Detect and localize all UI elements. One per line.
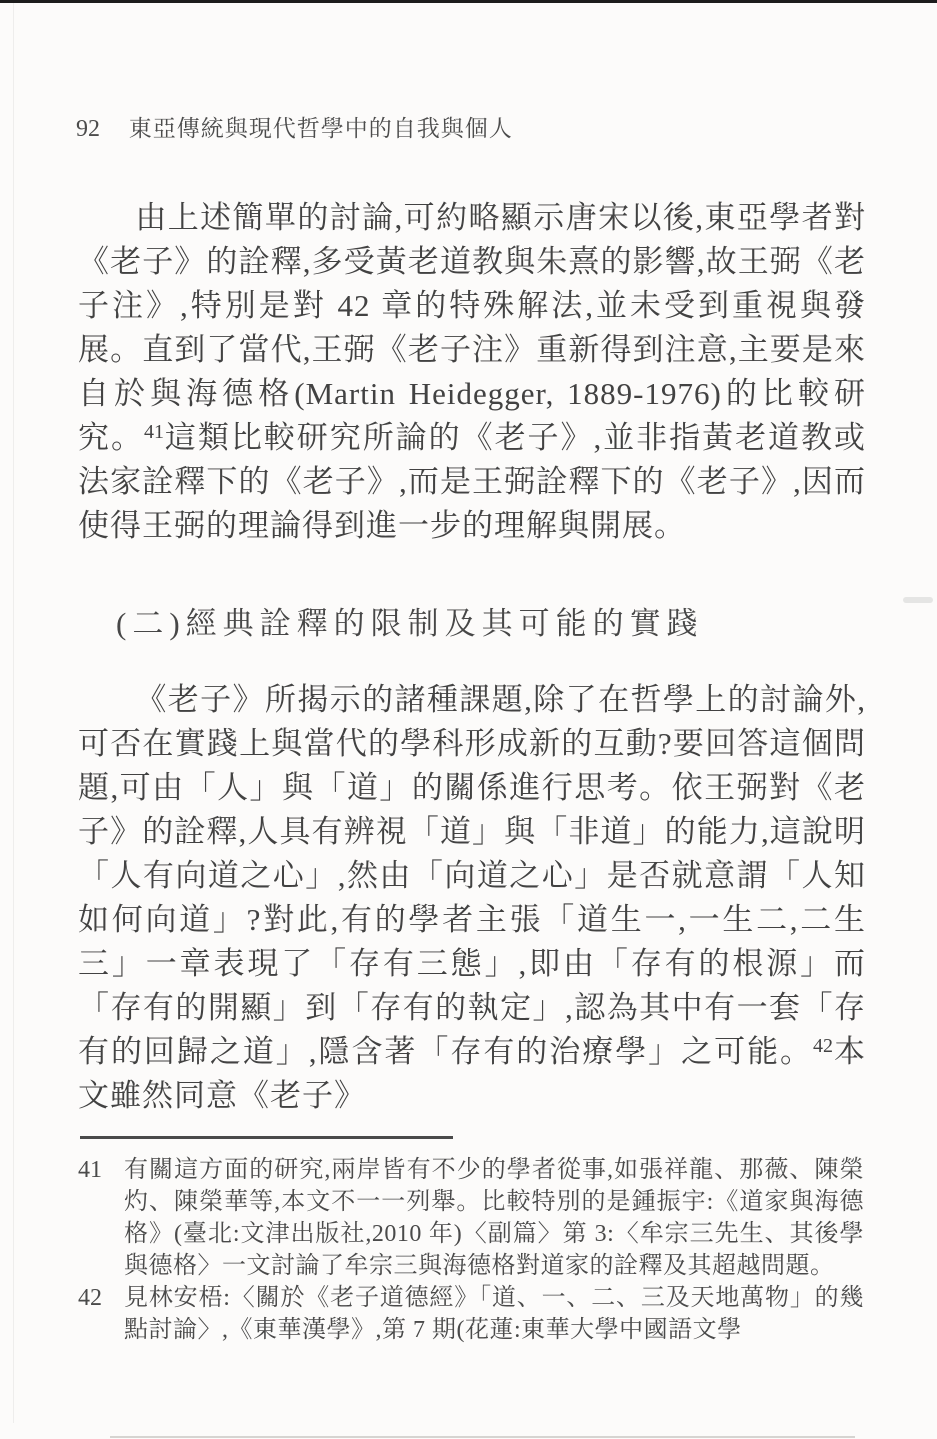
paragraph-2: 《老子》所揭示的諸種課題,除了在哲學上的討論外,可否在實踐上與當代的學科形成新的… bbox=[78, 678, 866, 1118]
paragraph-2-text: 《老子》所揭示的諸種課題,除了在哲學上的討論外,可否在實踐上與當代的學科形成新的… bbox=[78, 682, 866, 1069]
footnote-41-number: 41 bbox=[78, 1154, 124, 1186]
page-number: 92 bbox=[76, 116, 100, 143]
footnote-42-number: 42 bbox=[78, 1282, 124, 1314]
footnote-42-text: 見林安梧:〈關於《老子道德經》「道、一、二、三及天地萬物」的幾點討論〉,《東華漢… bbox=[124, 1282, 864, 1346]
paragraph-1: 由上述簡單的討論,可約略顯示唐宋以後,東亞學者對《老子》的詮釋,多受黃老道教與朱… bbox=[78, 196, 866, 548]
footnote-ref-42: 42 bbox=[813, 1035, 833, 1057]
section-heading-text: (二)經典詮釋的限制及其可能的實踐 bbox=[116, 606, 704, 641]
scan-edge-top bbox=[0, 0, 937, 3]
page-header: 92 東亞傳統與現代哲學中的自我與個人 bbox=[76, 110, 513, 143]
scan-smudge bbox=[903, 597, 933, 603]
footnote-41: 41 有關這方面的研究,兩岸皆有不少的學者從事,如張祥龍、那薇、陳榮灼、陳榮華等… bbox=[78, 1154, 864, 1282]
scan-edge-bottom bbox=[110, 1436, 855, 1438]
footnote-42: 42 見林安梧:〈關於《老子道德經》「道、一、二、三及天地萬物」的幾點討論〉,《… bbox=[78, 1282, 864, 1346]
scan-edge-left bbox=[13, 3, 14, 1423]
footnote-separator bbox=[80, 1136, 453, 1139]
book-page: 92 東亞傳統與現代哲學中的自我與個人 由上述簡單的討論,可約略顯示唐宋以後,東… bbox=[0, 0, 937, 1439]
paragraph-1-text: 由上述簡單的討論,可約略顯示唐宋以後,東亞學者對《老子》的詮釋,多受黃老道教與朱… bbox=[78, 200, 866, 455]
footnotes-section: 41 有關這方面的研究,兩岸皆有不少的學者從事,如張祥龍、那薇、陳榮灼、陳榮華等… bbox=[78, 1154, 864, 1346]
paragraph-1-text-cont: 這類比較研究所論的《老子》,並非指黃老道教或法家詮釋下的《老子》,而是王弼詮釋下… bbox=[78, 420, 866, 543]
section-heading: (二)經典詮釋的限制及其可能的實踐 bbox=[78, 598, 866, 643]
footnote-ref-41: 41 bbox=[144, 421, 164, 443]
running-title: 東亞傳統與現代哲學中的自我與個人 bbox=[129, 116, 513, 141]
footnote-41-text: 有關這方面的研究,兩岸皆有不少的學者從事,如張祥龍、那薇、陳榮灼、陳榮華等,本文… bbox=[124, 1154, 864, 1282]
